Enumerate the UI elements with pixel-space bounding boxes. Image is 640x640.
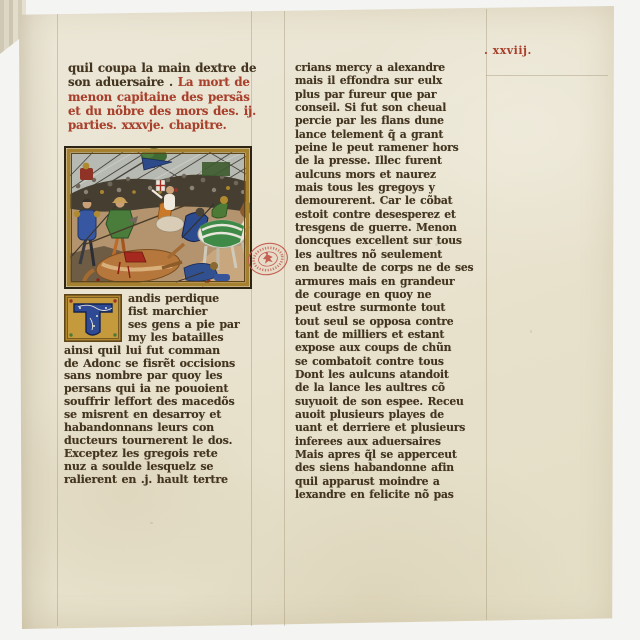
- text-line: percie par les flans dune: [295, 114, 489, 127]
- rubric-text: parties. xxxvje. chapitre.: [68, 118, 227, 132]
- text-line: armures mais en grandeur: [295, 275, 489, 288]
- text-line: aulcuns mors et naurez: [295, 168, 489, 181]
- ruling-line: [284, 11, 285, 626]
- rubric-text: et du nõbre des mors des. ij.: [68, 104, 256, 118]
- library-stamp-icon: [245, 239, 291, 279]
- ink-text: son aduersaire .: [68, 75, 178, 89]
- rubric-text: menon capitaine des persãs: [68, 90, 250, 104]
- left-text-column: andis perdique fist marchier ses gens a …: [64, 293, 254, 487]
- text-line: ainsi quil lui fut comman: [64, 345, 254, 358]
- text-line: ralierent en .j. hault tertre: [64, 474, 254, 487]
- text-line: de courage en quoy ne: [295, 288, 489, 301]
- ink-text: quil coupa la main dextre de: [68, 61, 256, 75]
- text-line: auoit plusieurs playes de: [295, 408, 489, 421]
- text-line: de la presse. Illec furent: [295, 154, 489, 167]
- text-line: peine le peut ramener hors: [295, 141, 489, 154]
- text-line: parties. xxxvje. chapitre.: [68, 118, 254, 132]
- text-line: lance telement q̃ a grant: [295, 128, 489, 141]
- text-line: quil coupa la main dextre de: [68, 61, 254, 75]
- text-line: lexandre en felicite nõ pas: [295, 488, 489, 501]
- battle-miniature: [64, 146, 252, 289]
- text-line: expose aux coups de chũn: [295, 341, 489, 354]
- rubric-block: quil coupa la main dextre de son aduersa…: [68, 61, 254, 132]
- parchment-speck: [530, 330, 532, 333]
- text-line: ducteurs tournerent le dos.: [64, 435, 254, 448]
- text-line: Exceptez les gregois rete: [64, 448, 254, 461]
- text-line: mais il effondra sur eulx: [295, 74, 489, 87]
- text-line: son aduersaire . La mort de: [68, 75, 254, 89]
- text-line: suyuoit de son espee. Receu: [295, 395, 489, 408]
- text-line: des siens habandonne afin: [295, 461, 489, 474]
- text-line: Dont les aulcuns atandoit: [295, 368, 489, 381]
- text-line: uant et derriere et plusieurs: [295, 421, 489, 434]
- photo-backdrop: . xxviij. quil coupa la main dextre de s…: [0, 0, 640, 640]
- text-line: menon capitaine des persãs: [68, 90, 254, 104]
- ruling-line: [57, 14, 58, 626]
- text-line: tresgens de guerre. Menon: [295, 221, 489, 234]
- text-line: Mais apres q̃l se apperceut: [295, 448, 489, 461]
- folio-number: . xxviij.: [484, 44, 532, 57]
- illuminated-initial: [64, 294, 122, 342]
- text-line: quil apparust moindre a: [295, 475, 489, 488]
- text-line: les aultres nõ seulement: [295, 248, 489, 261]
- text-line: plus par fureur que par: [295, 88, 489, 101]
- miniature-scene: [65, 147, 252, 288]
- right-text-column: crians mercy a alexandre mais il effondr…: [295, 61, 489, 501]
- cross-banner: [156, 180, 165, 191]
- text-line: demourerent. Car le cõbat: [295, 194, 489, 207]
- text-line: mais tous les gregoys y: [295, 181, 489, 194]
- text-line: estoit contre desesperez et: [295, 208, 489, 221]
- text-line: doncques excellent sur tous: [295, 234, 489, 247]
- rubric-text: La mort de: [178, 75, 250, 89]
- text-line: en beaulte de corps ne de ses: [295, 261, 489, 274]
- text-line: tout seul se opposa contre: [295, 315, 489, 328]
- text-line: peut estre surmonte tout: [295, 301, 489, 314]
- text-line: se combatoit contre tous: [295, 355, 489, 368]
- text-line: de la lance les aultres cõ: [295, 381, 489, 394]
- text-line: inferees aux aduersaires: [295, 435, 489, 448]
- text-line: et du nõbre des mors des. ij.: [68, 104, 254, 118]
- parchment-speck: [150, 522, 153, 524]
- text-line: nuz a soulde lesquelz se: [64, 461, 254, 474]
- ruling-line: [486, 75, 608, 76]
- text-line: crians mercy a alexandre: [295, 61, 489, 74]
- text-line: conseil. Si fut son cheual: [295, 101, 489, 114]
- text-line: tant de milliers et estant: [295, 328, 489, 341]
